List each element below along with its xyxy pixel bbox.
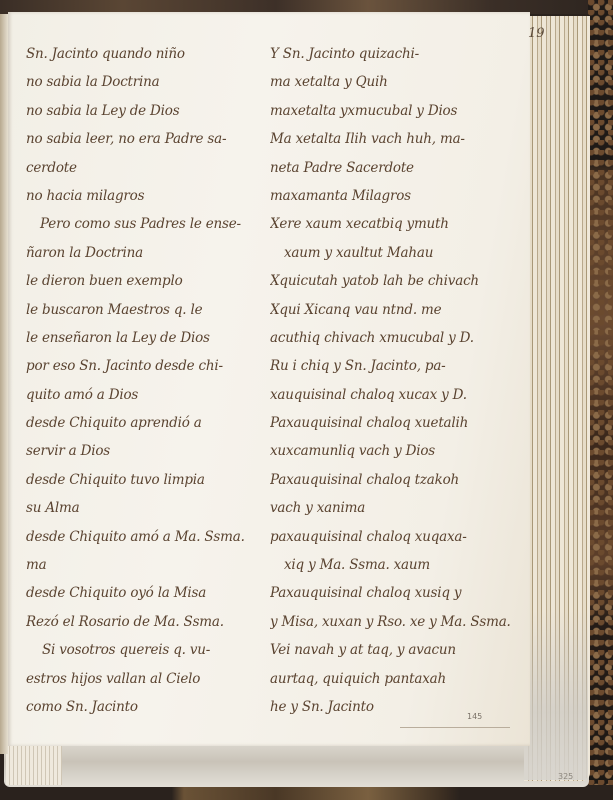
right-line: Vei navah y at taq, y avacun — [270, 636, 532, 664]
right-line: maxetalta yxmucubal y Dios — [270, 97, 532, 125]
right-line: Xqui Xicanq vau ntnd. me — [270, 296, 532, 324]
left-line: como Sn. Jacinto — [26, 693, 278, 721]
left-column-spanish: Sn. Jacinto quando niño no sabia la Doct… — [26, 40, 278, 721]
right-line: vach y xanima — [270, 494, 532, 522]
right-line: xiq y Ma. Ssma. xaum — [270, 551, 532, 579]
left-line: por eso Sn. Jacinto desde chi- — [26, 352, 278, 380]
left-line: Pero como sus Padres le ense- — [26, 210, 278, 238]
left-line: servir a Dios — [26, 437, 278, 465]
right-line: Paxauquisinal chaloq xuetalih — [270, 409, 532, 437]
left-line: desde Chiquito tuvo limpia — [26, 466, 278, 494]
left-line: no sabia la Ley de Dios — [26, 97, 278, 125]
right-line: Xquicutah yatob lah be chivach — [270, 267, 532, 295]
right-line: Ma xetalta Ilih vach huh, ma- — [270, 125, 532, 153]
right-line: Paxauquisinal chaloq tzakoh — [270, 466, 532, 494]
right-line: he y Sn. Jacinto — [270, 693, 532, 721]
right-line: xauquisinal chaloq xucax y D. — [270, 381, 532, 409]
left-line: le buscaron Maestros q. le — [26, 296, 278, 324]
right-line: ma xetalta y Quih — [270, 68, 532, 96]
folio-number: 19 — [528, 26, 545, 41]
left-line: desde Chiquito amó a Ma. Ssma. — [26, 523, 278, 551]
book-binding-right — [588, 0, 613, 800]
right-line: xuxcamunliq vach y Dios — [270, 437, 532, 465]
left-line: Sn. Jacinto quando niño — [26, 40, 278, 68]
left-line: Si vosotros quereis q. vu- — [26, 636, 278, 664]
right-line: y Misa, xuxan y Rso. xe y Ma. Ssma. — [270, 608, 532, 636]
left-line: desde Chiquito oyó la Misa — [26, 579, 278, 607]
left-line: estros hijos vallan al Cielo — [26, 665, 278, 693]
pencil-page-note: 145 — [467, 712, 482, 721]
right-line: paxauquisinal chaloq xuqaxa- — [270, 523, 532, 551]
right-line: neta Padre Sacerdote — [270, 154, 532, 182]
right-line: Xere xaum xecatbiq ymuth — [270, 210, 532, 238]
left-line: le enseñaron la Ley de Dios — [26, 324, 278, 352]
page-left-edge — [0, 14, 8, 754]
right-line: acuthiq chivach xmucubal y D. — [270, 324, 532, 352]
bottom-stamp-note: 325 — [558, 772, 573, 781]
right-line: maxamanta Milagros — [270, 182, 532, 210]
right-line: Ru i chiq y Sn. Jacinto, pa- — [270, 352, 532, 380]
left-line: no sabia leer, no era Padre sa- — [26, 125, 278, 153]
left-line: no hacia milagros — [26, 182, 278, 210]
left-line: no sabia la Doctrina — [26, 68, 278, 96]
left-line: cerdote — [26, 154, 278, 182]
left-line: ma — [26, 551, 278, 579]
left-line: desde Chiquito aprendió a — [26, 409, 278, 437]
page-stack-shade — [524, 610, 588, 780]
manuscript-page: Sn. Jacinto quando niño no sabia la Doct… — [8, 12, 530, 746]
right-line: Y Sn. Jacinto quizachi- — [270, 40, 532, 68]
right-line: Paxauquisinal chaloq xusiq y — [270, 579, 532, 607]
left-line: ñaron la Doctrina — [26, 239, 278, 267]
right-column-indigenous: Y Sn. Jacinto quizachi- ma xetalta y Qui… — [270, 40, 532, 721]
book-binding-bottom — [0, 785, 613, 800]
left-line: su Alma — [26, 494, 278, 522]
right-line: aurtaq, quiquich pantaxah — [270, 665, 532, 693]
right-line: xaum y xaultut Mahau — [270, 239, 532, 267]
lower-leaf — [4, 745, 589, 787]
left-line: quito amó a Dios — [26, 381, 278, 409]
left-line: le dieron buen exemplo — [26, 267, 278, 295]
end-rule-line — [400, 727, 510, 728]
lower-leaf-edges — [6, 745, 62, 785]
left-line: Rezó el Rosario de Ma. Ssma. — [26, 608, 278, 636]
